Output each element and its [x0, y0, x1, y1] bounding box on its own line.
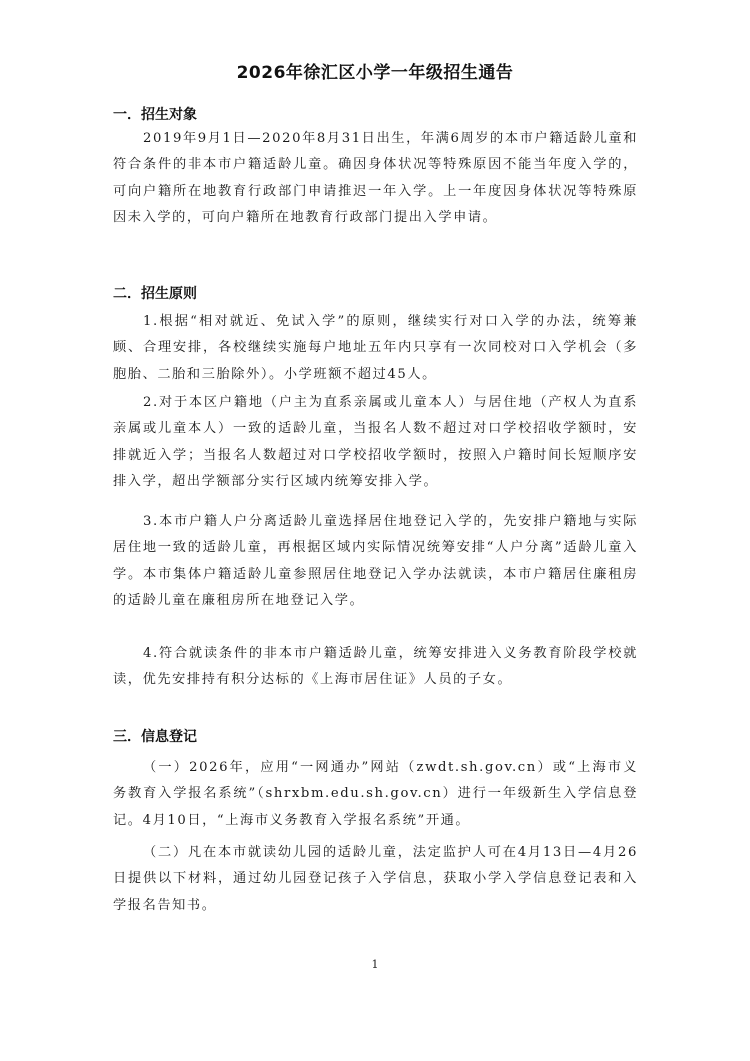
section-heading-3: 三．信息登记 [113, 726, 197, 746]
paragraph: 4.符合就读条件的非本市户籍适龄儿童，统筹安排进入义务教育阶段学校就读，优先安排… [113, 641, 638, 694]
paragraph: 1.根据“相对就近、免试入学”的原则，继续实行对口入学的办法，统筹兼顾、合理安排… [113, 309, 638, 388]
document-title: 2026年徐汇区小学一年级招生通告 [0, 58, 750, 83]
paragraph: （二）凡在本市就读幼儿园的适龄儿童，法定监护人可在4月13日—4月26日提供以下… [113, 840, 638, 919]
page-number: 1 [0, 958, 750, 971]
paragraph: 3.本市户籍人户分离适龄儿童选择居住地登记入学的，先安排户籍地与实际居住地一致的… [113, 509, 638, 614]
paragraph: 2.对于本区户籍地（户主为直系亲属或儿童本人）与居住地（产权人为直系亲属或儿童本… [113, 390, 638, 495]
paragraph: 2019年9月1日—2020年8月31日出生，年满6周岁的本市户籍适龄儿童和符合… [113, 126, 638, 231]
section-heading-1: 一．招生对象 [113, 104, 197, 124]
section-heading-2: 二．招生原则 [113, 283, 197, 303]
paragraph: （一）2026年，应用“一网通办”网站（zwdt.sh.gov.cn）或“上海市… [113, 755, 638, 834]
